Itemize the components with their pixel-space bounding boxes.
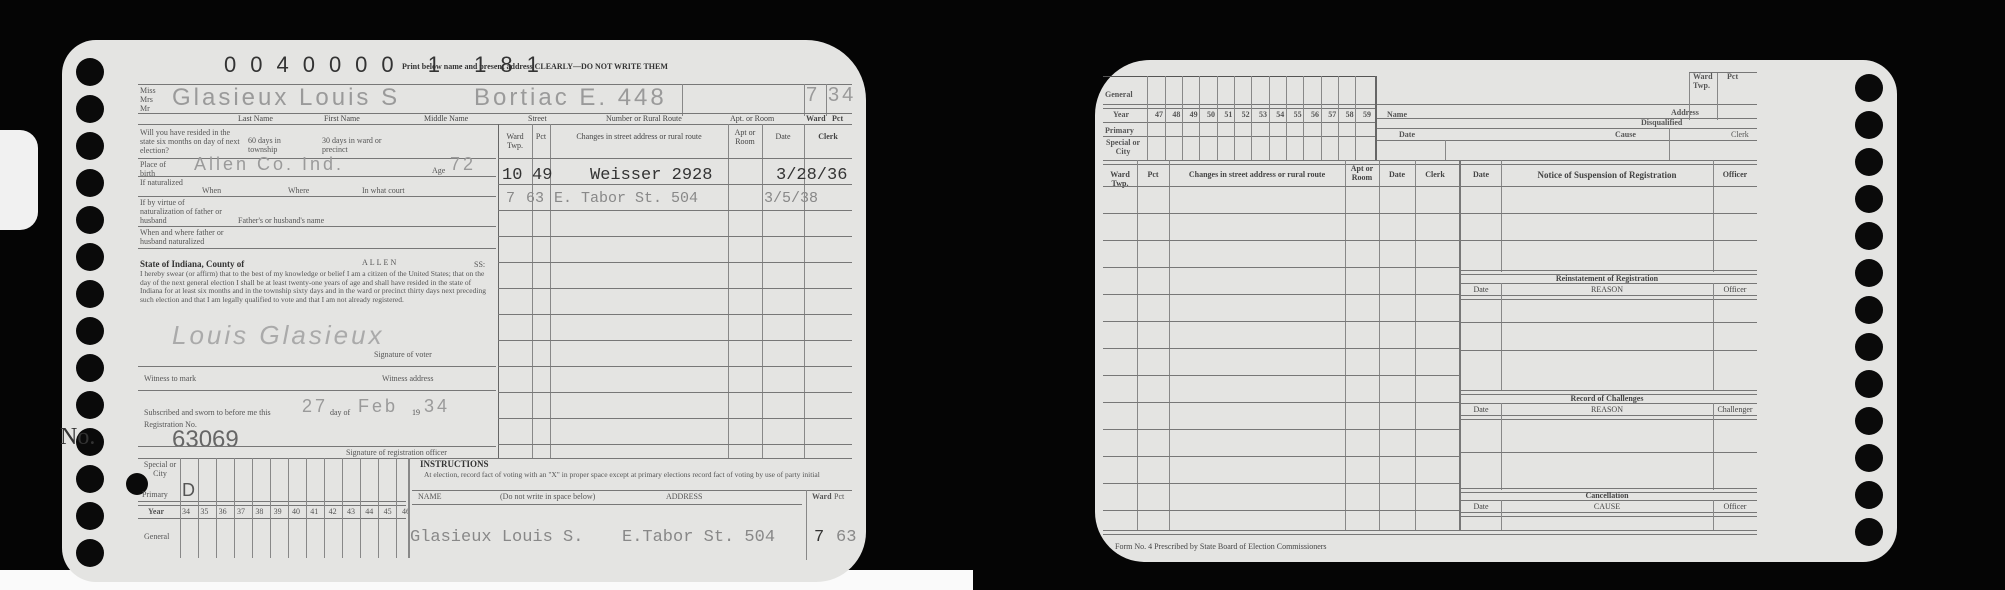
registration-officer-label: Signature of registration officer [346,448,447,457]
punch-hole [76,317,104,345]
grid-label-special: Special or City [1105,138,1141,156]
row-address: Weisser 2928 [590,166,712,185]
county-value: ALLEN [362,258,398,267]
divider [498,288,852,289]
punch-hole [76,243,104,271]
divider [1461,452,1757,453]
punch-hole [76,502,104,530]
divider [1461,322,1757,323]
punch-hole [76,58,104,86]
divider [1689,72,1690,120]
divider [498,418,852,419]
year-cell: 58 [1346,110,1354,119]
punch-hole [76,206,104,234]
divider [198,458,199,558]
number-label: Number or Rural Route [606,114,682,123]
punch-hole [76,465,104,493]
divider [1501,283,1502,390]
year-cell: 54 [1276,110,1284,119]
footer-address-label: ADDRESS [666,492,702,501]
col-header-date: Date [762,132,804,141]
cancellation-officer-label: Officer [1713,502,1757,511]
punch-hole [1855,444,1883,472]
divider [138,501,406,506]
divider [1377,140,1757,141]
divider [1379,160,1380,530]
divider [806,490,807,560]
divider [682,84,683,116]
punch-hole [1855,518,1883,546]
row-pct: 63 [526,190,544,207]
divider [1459,160,1461,530]
footer-ward-label: Ward [812,492,832,501]
grid-label-general: General [1105,90,1133,99]
divider [1199,76,1200,160]
col-header-clerk: Clerk [804,132,852,141]
grid-label-general: General [144,532,169,541]
divider [138,390,496,391]
punch-hole [76,539,104,567]
year-prefix: 19 [412,408,420,417]
divider [1501,160,1502,272]
divider [138,366,496,367]
divider [1303,76,1304,160]
disqualified-clerk-label: Clerk [1731,130,1749,139]
header-instruction: Print below name and present address CLE… [402,62,668,71]
divider [498,314,852,315]
divider [270,458,271,558]
year-cell: 52 [1242,110,1250,119]
year-cell: 36 [219,507,227,516]
divider [728,124,729,458]
divider [1103,456,1459,457]
punch-hole [1855,222,1883,250]
col-header-clerk: Clerk [1415,170,1455,179]
divider [1103,104,1375,109]
divider [1338,76,1339,160]
divider [1377,104,1757,105]
year-cell: 51 [1224,110,1232,119]
witness-address-label: Witness address [382,374,433,383]
year-cell: 53 [1259,110,1267,119]
punch-hole [1855,333,1883,361]
year-cell: 50 [1207,110,1215,119]
divider [1461,350,1757,351]
address-handwritten: Bortiac E. 448 [474,84,667,112]
instructions-title: INSTRUCTIONS [420,460,489,469]
footer-typed-pct: 63 [836,528,856,547]
voter-registration-card-back: General Year 47484950515253545556575859 … [1095,60,1897,562]
divider [498,444,852,445]
year-cell: 41 [310,507,318,516]
divider [138,226,496,227]
grid-label-year: Year [148,507,164,516]
divider [1103,321,1459,322]
divider [1321,76,1322,160]
year-cell: 40 [292,507,300,516]
divider [1345,160,1346,530]
divider [1234,76,1235,160]
grid-label-primary: Primary [142,490,168,499]
col-header-pct: Pct [1137,170,1169,179]
footer-typed-name: Glasieux Louis S. [410,528,583,547]
year-cell: 37 [237,507,245,516]
col-header-date: Date [1379,170,1415,179]
oath-text: I hereby swear (or affirm) that to the b… [140,270,492,304]
divider [1286,76,1287,160]
col-header-ward: Ward Twp. [498,132,532,150]
punch-hole [1855,370,1883,398]
punch-hole [1855,74,1883,102]
footer-typed-ward: 7 [814,528,824,547]
divider [498,236,852,237]
primary-mark: D [182,480,198,501]
salutation-mrs: Mrs [140,95,156,104]
divider [342,458,343,558]
oath-heading: State of Indiana, County of [140,260,244,269]
grid-label-year: Year [1113,110,1129,119]
year-cell: 47 [1155,110,1163,119]
first-name-label: First Name [324,114,360,123]
suspension-officer-label: Officer [1713,170,1757,179]
age-value: 72 [450,154,476,175]
divider [1713,500,1714,530]
divider [412,504,802,505]
divider [498,158,852,159]
father-name-label: Father's or husband's name [238,216,324,225]
reinstatement-title: Reinstatement of Registration [1501,274,1713,283]
divider [1269,76,1270,160]
address-label: Address [1671,108,1699,117]
row-date: 3/5/38 [764,190,818,207]
footer-typed-address: E.Tabor St. 504 [622,528,775,547]
divider [180,458,181,558]
footer-pct-label: Pct [834,492,844,501]
divider [1355,76,1356,160]
year-cell: 35 [200,507,208,516]
divider [216,458,217,558]
divider [1461,240,1757,241]
year-cell: 57 [1328,110,1336,119]
salutation-options: Miss Mrs Mr [140,86,156,113]
divider [1103,294,1459,295]
divider [324,458,325,558]
residency-question: Will you have resided in the state six m… [140,128,240,155]
row-ward: 7 [506,190,515,207]
divider [1103,510,1459,511]
year-cell: 42 [329,507,337,516]
day-value: 27 [302,396,328,417]
col-header-apt: Apt or Room [1345,164,1379,182]
punch-hole [76,280,104,308]
col-header-apt: Apt or Room [728,128,762,146]
col-header-pct: Pct [532,132,550,141]
year-cell: 34 [182,507,190,516]
divider [804,84,805,116]
divider [1377,128,1757,129]
salutation-mr: Mr [140,104,156,113]
township-label: 60 days in township [248,136,308,154]
divider [1415,160,1416,530]
pct-label: Pct [832,114,843,123]
divider [1713,283,1714,390]
ss-label: SS: [474,260,485,269]
instructions-text: At election, record fact of voting with … [424,470,848,479]
year-cell: 55 [1294,110,1302,119]
middle-name-label: Middle Name [424,114,468,123]
divider [1182,76,1183,160]
divider [378,458,379,558]
divider [498,210,852,211]
suspension-date-label: Date [1461,170,1501,179]
ward-precinct-label: 30 days in ward or precinct [322,136,402,154]
divider [138,124,852,125]
subscribed-label: Subscribed and sworn to before me this [144,408,271,417]
year-cell: 49 [1190,110,1198,119]
divider [1103,76,1375,77]
reinstatement-reason-label: REASON [1501,285,1713,294]
divider [138,518,406,519]
challenges-challenger-label: Challenger [1713,405,1757,414]
father-when-where-label: When and where father or husband natural… [140,228,236,246]
year-cell: 43 [347,507,355,516]
footer-do-not-write-label: (Do not write in space below) [500,492,595,501]
divider [1103,375,1459,376]
divider [498,262,852,263]
challenges-reason-label: REASON [1501,405,1713,414]
divider [1717,72,1718,120]
divider [412,490,852,491]
divider [138,458,852,459]
form-footer: Form No. 4 Prescribed by State Board of … [1115,542,1327,551]
col-header-address: Changes in street address or rural route [1169,170,1345,179]
row-address: E. Tabor St. 504 [554,190,698,207]
film-leader-tab [0,130,38,230]
no-symbol: No. [60,424,95,451]
signature-label: Signature of voter [374,350,432,359]
divider [1103,530,1757,535]
divider [1103,186,1459,187]
divider [1169,160,1170,530]
age-label: Age [432,166,445,175]
grid-label-primary: Primary [1105,126,1134,135]
col-header-address: Changes in street address or rural route [550,132,728,141]
registration-number: 63069 [172,426,239,454]
year-cell: 48 [1172,110,1180,119]
divider [762,124,763,458]
divider [1147,76,1148,160]
divider [1103,483,1459,484]
punch-hole [76,95,104,123]
punch-hole [1855,481,1883,509]
punch-hole [76,169,104,197]
challenges-date-label: Date [1461,405,1501,414]
punch-hole [1855,185,1883,213]
divider [138,176,496,177]
naturalized-label: If naturalized [140,178,184,187]
name-handwritten: Glasieux Louis S [172,84,400,112]
divider [1461,186,1757,187]
divider [1689,72,1757,73]
divider [1103,429,1459,430]
year-cell: 59 [1363,110,1371,119]
divider [1713,160,1714,272]
place-of-birth-value: Allen Co. Ind. [194,154,344,175]
suspension-title: Notice of Suspension of Registration [1501,170,1713,180]
ward-handwritten: 7 [806,84,820,107]
divider [1669,128,1670,160]
divider [1103,136,1375,137]
last-name-label: Last Name [238,114,273,123]
cancellation-title: Cancellation [1501,491,1713,500]
year-value: 34 [424,396,450,417]
punch-hole [1855,111,1883,139]
father-naturalization-label: If by virtue of naturalization of father… [140,198,230,225]
divider [1217,76,1218,160]
divider [498,392,852,393]
challenges-title: Record of Challenges [1501,394,1713,403]
divider [1377,118,1757,119]
divider [1103,122,1375,123]
divider [252,458,253,558]
punch-hole [76,354,104,382]
divider [1165,76,1166,160]
divider [1103,348,1459,349]
month-value: Feb [358,396,398,417]
divider [1103,402,1459,403]
cancellation-cause-label: CAUSE [1501,502,1713,511]
reinstatement-date-label: Date [1461,285,1501,294]
row-pct: 49 [532,166,552,185]
divider [1501,500,1502,530]
ward-label: Ward [806,114,826,123]
divider [138,446,496,447]
divider [1461,213,1757,214]
when-label: When [202,186,221,195]
grid-label-special: Special or City [142,460,178,478]
row-ward: 10 [502,166,522,185]
footer-name-label: NAME [418,492,442,501]
street-label: Street [528,114,547,123]
voter-signature: Louis Glasieux [172,320,385,351]
pct-label: Pct [1727,72,1738,81]
divider [396,458,397,558]
divider [1137,160,1138,530]
cancellation-date-label: Date [1461,502,1501,511]
divider [1103,160,1757,165]
divider [1501,403,1502,490]
punch-hole [1855,148,1883,176]
divider [1103,213,1459,214]
disqualified-date-label: Date [1399,130,1415,139]
disqualified-cause-label: Cause [1615,130,1636,139]
voter-registration-card-front: 0040000 1 181 Print below name and prese… [62,40,866,582]
witness-label: Witness to mark [144,374,196,383]
punch-hole [1855,407,1883,435]
salutation-miss: Miss [140,86,156,95]
divider [498,340,852,341]
apt-label: Apt. or Room [730,114,774,123]
divider [1445,140,1446,160]
divider [288,458,289,558]
divider [1103,267,1459,268]
punch-hole [76,391,104,419]
year-cell: 56 [1311,110,1319,119]
court-label: In what court [362,186,405,195]
pct-handwritten: 34 [828,84,856,107]
where-label: Where [288,186,309,195]
reinstatement-officer-label: Officer [1713,285,1757,294]
divider [1713,403,1714,490]
divider [306,458,307,558]
divider [1251,76,1252,160]
punch-hole [1855,296,1883,324]
year-cell: 39 [274,507,282,516]
row-date: 3/28/36 [776,166,847,185]
divider [138,248,496,249]
year-cell: 45 [384,507,392,516]
divider [360,458,361,558]
divider [826,84,827,116]
punch-hole [76,132,104,160]
disqualified-label: Disqualified [1641,118,1682,127]
year-cell: 38 [255,507,263,516]
divider [138,196,496,197]
divider [234,458,235,558]
day-of-label: day of [330,408,350,417]
punch-hole [1855,259,1883,287]
divider [498,366,852,367]
divider [498,124,499,458]
divider [1103,240,1459,241]
year-cell: 44 [365,507,373,516]
